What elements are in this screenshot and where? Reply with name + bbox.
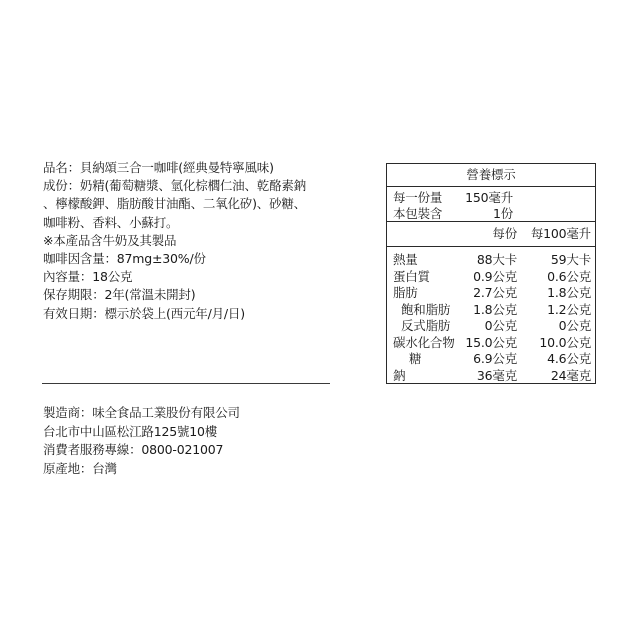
nutrient-row-sugar: 糖 6.9公克 4.6公克 (387, 351, 595, 368)
serving-size-row: 每一份量 150毫升 (393, 190, 595, 206)
nutrient-label: 糖 (387, 351, 461, 368)
nutrient-row-carbohydrate: 碳水化合物 15.0公克 10.0公克 (387, 335, 595, 352)
nutrition-rows: 熱量 88大卡 59大卡 蛋白質 0.9公克 0.6公克 脂肪 2.7公克 1.… (387, 247, 595, 384)
nutrient-per-100ml: 10.0公克 (517, 335, 591, 352)
nutrition-title: 營養標示 (387, 164, 595, 187)
nutrition-facts-table: 營養標示 每一份量 150毫升 本包裝含 1份 每份 每100毫升 熱量 88大… (386, 163, 596, 384)
nutrient-label: 脂肪 (387, 285, 461, 302)
nutrient-per-100ml: 4.6公克 (517, 351, 591, 368)
manufacturer-info: 製造商：味全食品工業股份有限公司 台北市中山區松江路125號10樓 消費者服務專… (43, 404, 338, 478)
nutrient-per-serving: 2.7公克 (461, 285, 517, 302)
nutrient-per-100ml: 1.8公克 (517, 285, 591, 302)
manufacturer-name: 製造商：味全食品工業股份有限公司 (43, 404, 338, 423)
servings-per-package-row: 本包裝含 1份 (393, 206, 595, 222)
nutrient-per-100ml: 24毫克 (517, 368, 591, 385)
serving-size-label: 每一份量 (393, 190, 455, 206)
nutrient-row-fat: 脂肪 2.7公克 1.8公克 (387, 285, 595, 302)
servings-per-package-value: 1份 (455, 206, 513, 222)
nutrient-row-calories: 熱量 88大卡 59大卡 (387, 252, 595, 269)
per-100ml-header: 每100毫升 (517, 222, 591, 246)
nutrient-per-100ml: 0.6公克 (517, 269, 591, 286)
serving-info: 每一份量 150毫升 本包裝含 1份 (387, 187, 595, 222)
serving-size-value: 150毫升 (455, 190, 513, 206)
nutrient-row-trans-fat: 反式脂肪 0公克 0公克 (387, 318, 595, 335)
nutrient-per-serving: 0公克 (461, 318, 517, 335)
ingredients-line-2: 、檸檬酸鉀、脂肪酸甘油酯、二氧化矽)、砂糖、 (43, 195, 338, 213)
nutrient-per-serving: 1.8公克 (461, 302, 517, 319)
net-content: 內容量：18公克 (43, 268, 338, 286)
product-name: 品名：貝納頌三合一咖啡(經典曼特寧風味) (43, 159, 338, 177)
nutrient-label: 熱量 (387, 252, 461, 269)
nutrition-column-header: 每份 每100毫升 (387, 222, 595, 247)
nutrient-per-100ml: 59大卡 (517, 252, 591, 269)
ingredients-line-1: 成份：奶精(葡萄糖漿、氫化棕櫚仁油、乾酪素鈉 (43, 177, 338, 195)
nutrient-row-sodium: 鈉 36毫克 24毫克 (387, 368, 595, 385)
nutrient-row-protein: 蛋白質 0.9公克 0.6公克 (387, 269, 595, 286)
allergen-note: ※本產品含牛奶及其製品 (43, 232, 338, 250)
nutrient-row-saturated-fat: 飽和脂肪 1.8公克 1.2公克 (387, 302, 595, 319)
nutrient-label: 飽和脂肪 (387, 302, 461, 319)
shelf-life: 保存期限：2年(常溫未開封) (43, 286, 338, 304)
nutrient-per-serving: 6.9公克 (461, 351, 517, 368)
manufacturer-address: 台北市中山區松江路125號10樓 (43, 423, 338, 442)
product-info: 品名：貝納頌三合一咖啡(經典曼特寧風味) 成份：奶精(葡萄糖漿、氫化棕櫚仁油、乾… (43, 159, 338, 323)
nutrient-per-100ml: 1.2公克 (517, 302, 591, 319)
nutrient-per-100ml: 0公克 (517, 318, 591, 335)
expiry-date: 有效日期：標示於袋上(西元年/月/日) (43, 305, 338, 323)
customer-service-hotline: 消費者服務專線：0800-021007 (43, 441, 338, 460)
nutrient-per-serving: 0.9公克 (461, 269, 517, 286)
nutrient-label: 蛋白質 (387, 269, 461, 286)
servings-per-package-label: 本包裝含 (393, 206, 455, 222)
per-serving-header: 每份 (467, 222, 517, 246)
nutrient-per-serving: 36毫克 (461, 368, 517, 385)
section-divider (42, 383, 330, 384)
nutrient-label: 鈉 (387, 368, 461, 385)
nutrient-per-serving: 15.0公克 (461, 335, 517, 352)
nutrient-label: 反式脂肪 (387, 318, 461, 335)
nutrient-per-serving: 88大卡 (461, 252, 517, 269)
country-of-origin: 原產地：台灣 (43, 460, 338, 479)
ingredients-line-3: 咖啡粉、香料、小蘇打。 (43, 214, 338, 232)
nutrient-label: 碳水化合物 (387, 335, 461, 352)
caffeine-content: 咖啡因含量：87mg±30%/份 (43, 250, 338, 268)
